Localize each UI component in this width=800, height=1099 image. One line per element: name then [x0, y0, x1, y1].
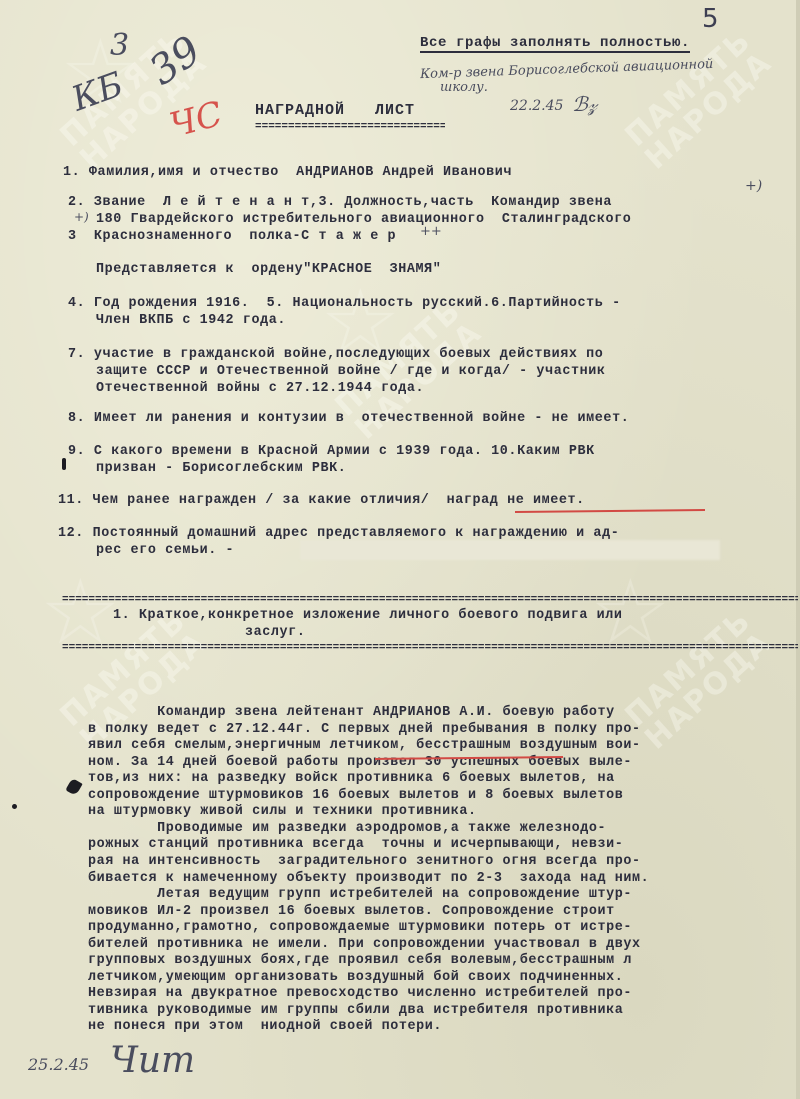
section-heading: 1. Краткое,конкретное изложение личного … — [113, 607, 623, 624]
section-divider: ========================================… — [62, 642, 798, 654]
handwritten-note: школу. — [440, 80, 488, 95]
narrative-line: бителей противника не имели. При сопрово… — [88, 936, 641, 953]
document-page: ☆ ПАМЯТЬ НАРОДА ПАМЯТЬ НАРОДА ☆ ПАМЯТЬ Н… — [0, 0, 800, 1099]
narrative-line: групповых воздушных боях,где проявил себ… — [88, 952, 632, 969]
field-7: 7. участие в гражданской войне,последующ… — [68, 346, 603, 363]
narrative-line: Командир звена лейтенант АНДРИАНОВ А.И. … — [88, 704, 615, 721]
field-2-cont: 180 Гвардейского истребительного авиацио… — [96, 211, 631, 228]
narrative-line: не понеся при этом ниодной своей потери. — [88, 1018, 442, 1035]
page-title: НАГРАДНОЙ ЛИСТ — [255, 102, 415, 119]
red-underline — [515, 509, 705, 513]
narrative-line: тивника руководимые им группы сбили два … — [88, 1002, 623, 1019]
narrative-line: Проводимые им разведки аэродромов,а такж… — [88, 820, 606, 837]
field-11: 11. Чем ранее награжден / за какие отлич… — [58, 492, 585, 509]
field-10-cont: призван - Борисоглебским РВК. — [96, 460, 346, 477]
narrative-line: летчиком,умеющим организовать воздушный … — [88, 969, 623, 986]
ink-blot — [65, 778, 82, 796]
narrative-line: тов,из них: на разведку войск противника… — [88, 770, 615, 787]
field-6-cont: Член ВКПБ с 1942 года. — [96, 312, 286, 329]
handwritten-mark: 3 — [110, 28, 129, 63]
section-heading-cont: заслуг. — [245, 624, 305, 641]
field-4-6: 4. Год рождения 1916. 5. Национальность … — [68, 295, 621, 312]
handwritten-note: Ком-р звена Борисоглебской авиационной — [420, 57, 714, 82]
field-9-10: 9. С какого времени в Красной Армии с 19… — [68, 443, 595, 460]
ink-blot — [12, 804, 17, 809]
narrative-line: рая на интенсивность заградительного зен… — [88, 853, 641, 870]
handwritten-mark: +) — [745, 178, 762, 194]
field-12-cont: рес его семьи. - — [96, 542, 234, 559]
handwritten-mark: +) — [74, 210, 89, 224]
redacted-address — [300, 540, 720, 560]
title-underline: ================================ — [255, 121, 445, 133]
handwritten-signature: ℬ𝓏 — [572, 92, 597, 116]
narrative-line: Невзирая на двукратное превосходство чис… — [88, 985, 632, 1002]
handwritten-date: 22.2.45 — [510, 98, 563, 114]
field-7-cont: Отечественной войны с 27.12.1944 года. — [96, 380, 424, 397]
narrative-line: в полку ведет с 27.12.44г. С первых дней… — [88, 721, 641, 738]
page-edge — [796, 0, 800, 1099]
field-7-cont: защите СССР и Отечественной войне / где … — [96, 363, 606, 380]
page-number: 5 — [702, 4, 719, 34]
ink-blot — [62, 458, 66, 470]
footer-signature: Чит — [110, 1040, 195, 1081]
narrative-line: на штурмовку живой силы и техники против… — [88, 803, 477, 820]
narrative-line: продуманно,грамотно, сопровождаемые штур… — [88, 919, 632, 936]
field-8: 8. Имеет ли ранения и контузии в отечест… — [68, 410, 629, 427]
field-1: 1. Фамилия,имя и отчество АНДРИАНОВ Андр… — [63, 164, 512, 181]
handwritten-mark: ++ — [420, 224, 442, 239]
footer-date: 25.2.45 — [28, 1055, 89, 1074]
narrative-line: рожных станций противника всегда точны и… — [88, 836, 623, 853]
section-divider: ========================================… — [62, 594, 798, 606]
narrative-line: явил себя смелым,энергичным летчиком, бе… — [88, 737, 641, 754]
narrative-line: сопровождение штурмовиков 16 боевых выле… — [88, 787, 623, 804]
field-2: 2. Звание Л е й т е н а н т,3. Должность… — [68, 194, 612, 211]
narrative-line: мовиков Ил-2 произвел 16 боевых вылетов.… — [88, 903, 615, 920]
narrative-line: Летая ведущим групп истребителей на сопр… — [88, 886, 632, 903]
recommendation: Представляется к ордену"КРАСНОЕ ЗНАМЯ" — [96, 261, 441, 278]
narrative-line: бивается к намеченному объекту производи… — [88, 870, 649, 887]
field-3: 3 Краснознаменного полка-С т а ж е р — [68, 228, 396, 245]
header-instruction: Все графы заполнять полностью. — [420, 35, 690, 52]
